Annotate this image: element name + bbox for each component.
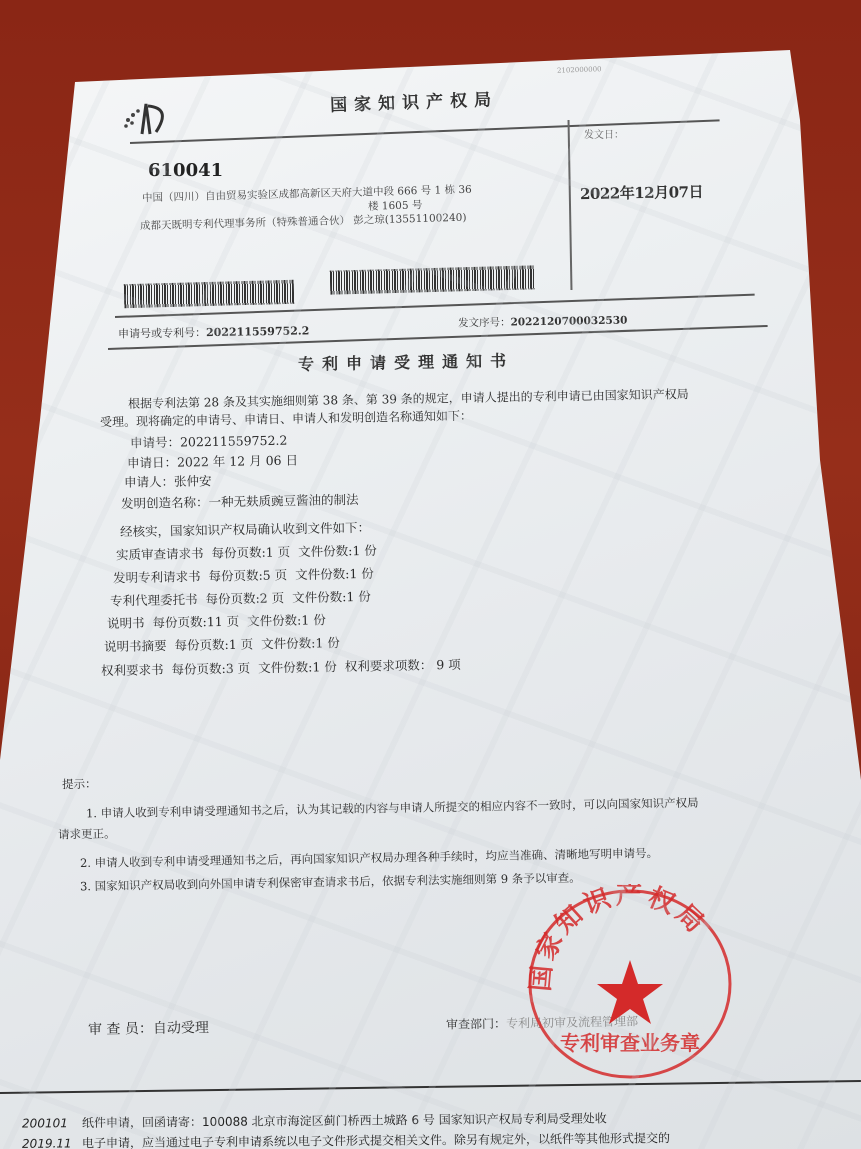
footer-text: 电子申请，应当通过电子专利申请系统以电子文件形式提交相关文件。除另有规定外，以纸… (82, 1131, 670, 1149)
barcode-right (330, 265, 536, 294)
received-document-row: 说明书每份页数:11 页文件份数:1 份 (107, 610, 334, 632)
department-row: 审查部门：专利局初审及流程管理部 (446, 1012, 638, 1032)
document-copies: 文件份数:1 份 (247, 612, 326, 628)
document-copies: 文件份数:1 份 (295, 566, 374, 582)
recipient-address: 中国（四川）自由贸易实验区成都高新区天府大道中段 666 号 1 栋 36 (142, 182, 472, 206)
field-label: 发明创造名称： (121, 495, 209, 512)
field-label: 申请日： (127, 455, 177, 471)
cnipa-logo-icon (122, 98, 174, 138)
received-document-row: 权利要求书每份页数:3 页文件份数:1 份权利要求项数： 9 项 (101, 655, 461, 679)
document-name: 实质审查请求书 (116, 546, 204, 563)
seal-bottom-text: 专利审查业务章 (560, 1031, 700, 1055)
intro-line-1: 根据专利法第 28 条及其实施细则第 38 条、第 39 条的规定，申请人提出的… (128, 385, 689, 412)
footer-divider (0, 1080, 861, 1094)
application-field-row: 申请日：2022 年 12 月 06 日 (127, 451, 298, 472)
document-pages: 每份页数:3 页 (171, 661, 250, 677)
official-seal: 国家知识产权局 专利审查业务章 (520, 884, 740, 1084)
field-label: 申请人： (124, 474, 174, 490)
application-number: 202211559752.2 (206, 324, 310, 339)
received-document-row: 发明专利请求书每份页数:5 页文件份数:1 份 (113, 564, 382, 587)
field-label: 申请号： (130, 435, 180, 451)
tip-item: 1. 申请人收到专利申请受理通知书之后，认为其记载的内容与申请人所提交的相应内容… (86, 795, 699, 822)
barcode-divider (115, 294, 755, 318)
application-field-row: 发明创造名称：一种无麸质豌豆酱油的制法 (121, 490, 359, 512)
tips-heading: 提示： (62, 776, 97, 793)
footer-form-code: 2019.11 (22, 1136, 82, 1149)
field-value: 张仲安 (174, 473, 212, 489)
document-pages: 每份页数:5 页 (208, 567, 287, 583)
document-pages: 每份页数:11 页 (152, 614, 239, 631)
tip-item: 请求更正。 (58, 825, 116, 842)
document-name: 说明书摘要 (104, 638, 167, 654)
document-serial-label: 发文序号： (458, 317, 511, 330)
title-divider (108, 325, 768, 350)
recipient-address-line2: 楼 1605 号 (368, 197, 423, 213)
document-pages: 每份页数:2 页 (205, 590, 284, 606)
document-serial-row: 发文序号：2022120700032530 (458, 313, 628, 331)
footer-row: 2019.11电子申请，应当通过电子专利申请系统以电子文件形式提交相关文件。除另… (22, 1129, 670, 1149)
header-divider (130, 119, 720, 143)
received-document-row: 实质审查请求书每份页数:1 页文件份数:1 份 (116, 541, 385, 564)
notice-document: 国家知识产权局 2102000000 610041 中国（四川）自由贸易实验区成… (0, 0, 861, 1149)
footer-row: 200101纸件申请，回函请寄：100088 北京市海淀区蓟门桥西土城路 6 号… (22, 1109, 607, 1131)
seal-star-icon (597, 960, 663, 1024)
intro-line-2: 受理。现将确定的申请号、申请日、申请人和发明创造名称通知如下： (100, 407, 472, 430)
tip-item: 3. 国家知识产权局收到向外国申请专利保密审查请求书后，依据专利法实施细则第 9… (80, 870, 581, 895)
document-copies: 文件份数:1 份 (261, 635, 340, 651)
organization-name: 国家知识产权局 (330, 85, 499, 116)
document-name: 说明书 (107, 615, 145, 631)
header-column-divider (568, 120, 572, 290)
document-pages: 每份页数:1 页 (174, 637, 253, 653)
document-name: 专利代理委托书 (110, 592, 198, 609)
department: 专利局初审及流程管理部 (506, 1014, 638, 1030)
postal-code: 610041 (148, 160, 223, 181)
claims-count: 权利要求项数： 9 项 (345, 657, 461, 674)
issue-date-label: 发文日： (584, 126, 624, 141)
document-serial: 2022120700032530 (510, 315, 627, 329)
footer-text: 纸件申请，回函请寄：100088 北京市海淀区蓟门桥西土城路 6 号 国家知识产… (82, 1111, 607, 1130)
field-value: 2022 年 12 月 06 日 (177, 453, 298, 470)
svg-text:国家知识产权局: 国家知识产权局 (526, 884, 712, 993)
seal-arc-text: 国家知识产权局 (526, 884, 712, 993)
field-value: 一种无麸质豌豆酱油的制法 (208, 492, 358, 510)
received-document-row: 说明书摘要每份页数:1 页文件份数:1 份 (104, 633, 348, 655)
form-code: 2102000000 (557, 65, 602, 75)
examiner-row: 审 查 员：自动受理 (88, 1017, 209, 1039)
document-name: 权利要求书 (101, 662, 164, 678)
application-field-row: 申请号：202211559752.2 (130, 431, 288, 452)
examiner-label: 审 查 员： (88, 1021, 153, 1038)
footer-form-code: 200101 (22, 1116, 82, 1131)
received-intro: 经核实，国家知识产权局确认收到文件如下： (120, 518, 370, 540)
barcode-left (124, 280, 295, 308)
document-copies: 文件份数:1 份 (298, 543, 377, 559)
notice-title: 专利申请受理通知书 (298, 348, 514, 375)
recipient-agent: 成都天既明专利代理事务所（特殊普通合伙） 彭之琼(13551100240) (140, 210, 467, 234)
examiner: 自动受理 (153, 1020, 209, 1037)
application-number-row: 申请号或专利号：202211559752.2 (118, 322, 310, 341)
field-value: 202211559752.2 (180, 433, 288, 450)
application-field-row: 申请人：张仲安 (124, 471, 212, 491)
issue-date: 2022年12月07日 (580, 181, 703, 204)
department-label: 审查部门： (446, 1017, 506, 1032)
tip-item: 2. 申请人收到专利申请受理通知书之后，再向国家知识产权局办理各种手续时，均应当… (80, 845, 658, 871)
received-document-row: 专利代理委托书每份页数:2 页文件份数:1 份 (110, 587, 379, 610)
document-name: 发明专利请求书 (113, 569, 201, 586)
document-copies: 文件份数:1 份 (258, 659, 337, 675)
document-copies: 文件份数:1 份 (292, 589, 371, 605)
document-pages: 每份页数:1 页 (211, 544, 290, 560)
application-number-label: 申请号或专利号： (118, 326, 206, 341)
